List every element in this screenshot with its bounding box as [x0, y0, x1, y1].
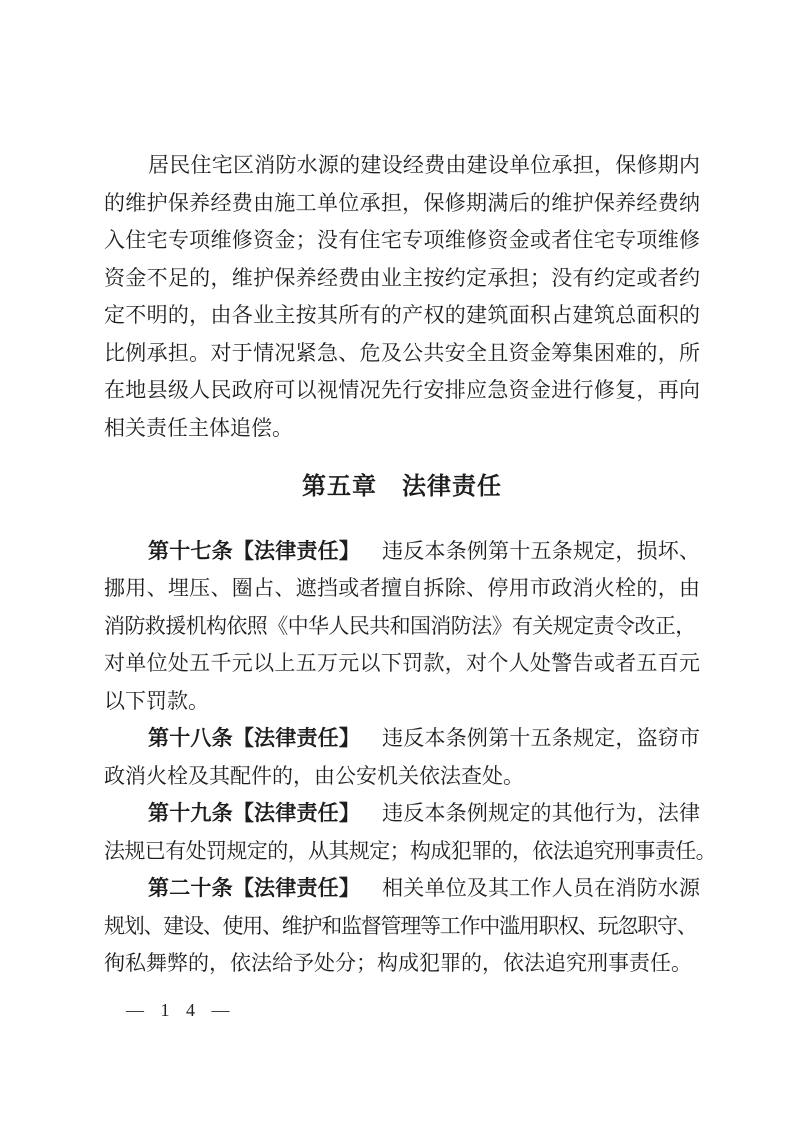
text-line: 以下罚款。 — [104, 683, 700, 721]
text-line: 消防救援机构依照《中华人民共和国消防法》有关规定责令改正， — [104, 608, 700, 646]
text-line: 的维护保养经费由施工单位承担，保修期满后的维护保养经费纳 — [104, 185, 700, 223]
intro-paragraph: 居民住宅区消防水源的建设经费由建设单位承担，保修期内 的维护保养经费由施工单位承… — [104, 147, 700, 447]
article-18: 第十八条【法律责任】违反本条例第十五条规定，盗窃市 政消火栓及其配件的，由公安机… — [104, 720, 700, 795]
text-line: 政消火栓及其配件的，由公安机关依法查处。 — [104, 758, 700, 796]
text-line: 相关责任主体追偿。 — [104, 410, 700, 448]
text-line: 第十九条【法律责任】违反本条例规定的其他行为，法律 — [104, 795, 700, 833]
text-line: 对单位处五千元以上五万元以下罚款，对个人处警告或者五百元 — [104, 645, 700, 683]
text-line: 规划、建设、使用、维护和监督管理等工作中滥用职权、玩忽职守、 — [104, 908, 700, 946]
text-line: 第十八条【法律责任】违反本条例第十五条规定，盗窃市 — [104, 720, 700, 758]
body-text-column: 居民住宅区消防水源的建设经费由建设单位承担，保修期内 的维护保养经费由施工单位承… — [104, 147, 700, 983]
article-19: 第十九条【法律责任】违反本条例规定的其他行为，法律 法规已有处罚规定的，从其规定… — [104, 795, 700, 870]
text-line: 定不明的，由各业主按其所有的产权的建筑面积占建筑总面积的 — [104, 297, 700, 335]
text-line: 入住宅专项维修资金；没有住宅专项维修资金或者住宅专项维修 — [104, 222, 700, 260]
article-number-label: 第十八条【法律责任】 — [148, 726, 360, 750]
text-line: 第十七条【法律责任】违反本条例第十五条规定，损坏、 — [104, 533, 700, 571]
text-line: 居民住宅区消防水源的建设经费由建设单位承担，保修期内 — [104, 147, 700, 185]
article-number-label: 第十七条【法律责任】 — [148, 539, 360, 563]
text-line: 挪用、埋压、圈占、遮挡或者擅自拆除、停用市政消火栓的，由 — [104, 570, 700, 608]
text-line: 在地县级人民政府可以视情况先行安排应急资金进行修复，再向 — [104, 372, 700, 410]
article-17: 第十七条【法律责任】违反本条例第十五条规定，损坏、 挪用、埋压、圈占、遮挡或者擅… — [104, 533, 700, 721]
article-text: 违反本条例第十五条规定，损坏、 — [382, 539, 700, 563]
article-text: 违反本条例第十五条规定，盗窃市 — [382, 726, 700, 750]
text-line: 比例承担。对于情况紧急、危及公共安全且资金筹集困难的，所 — [104, 335, 700, 373]
article-20: 第二十条【法律责任】相关单位及其工作人员在消防水源 规划、建设、使用、维护和监督… — [104, 870, 700, 983]
text-line: 资金不足的，维护保养经费由业主按约定承担；没有约定或者约 — [104, 260, 700, 298]
page-number: — 1 4 — — [126, 1000, 236, 1021]
text-line: 第二十条【法律责任】相关单位及其工作人员在消防水源 — [104, 870, 700, 908]
document-page: 居民住宅区消防水源的建设经费由建设单位承担，保修期内 的维护保养经费由施工单位承… — [0, 0, 793, 1122]
text-line: 徇私舞弊的，依法给予处分；构成犯罪的，依法追究刑事责任。 — [104, 945, 700, 983]
article-number-label: 第十九条【法律责任】 — [148, 801, 360, 825]
article-text: 违反本条例规定的其他行为，法律 — [382, 801, 700, 825]
article-text: 相关单位及其工作人员在消防水源 — [382, 876, 700, 900]
chapter-heading: 第五章 法律责任 — [104, 469, 700, 507]
text-line: 法规已有处罚规定的，从其规定；构成犯罪的，依法追究刑事责任。 — [104, 833, 700, 871]
article-number-label: 第二十条【法律责任】 — [148, 876, 360, 900]
